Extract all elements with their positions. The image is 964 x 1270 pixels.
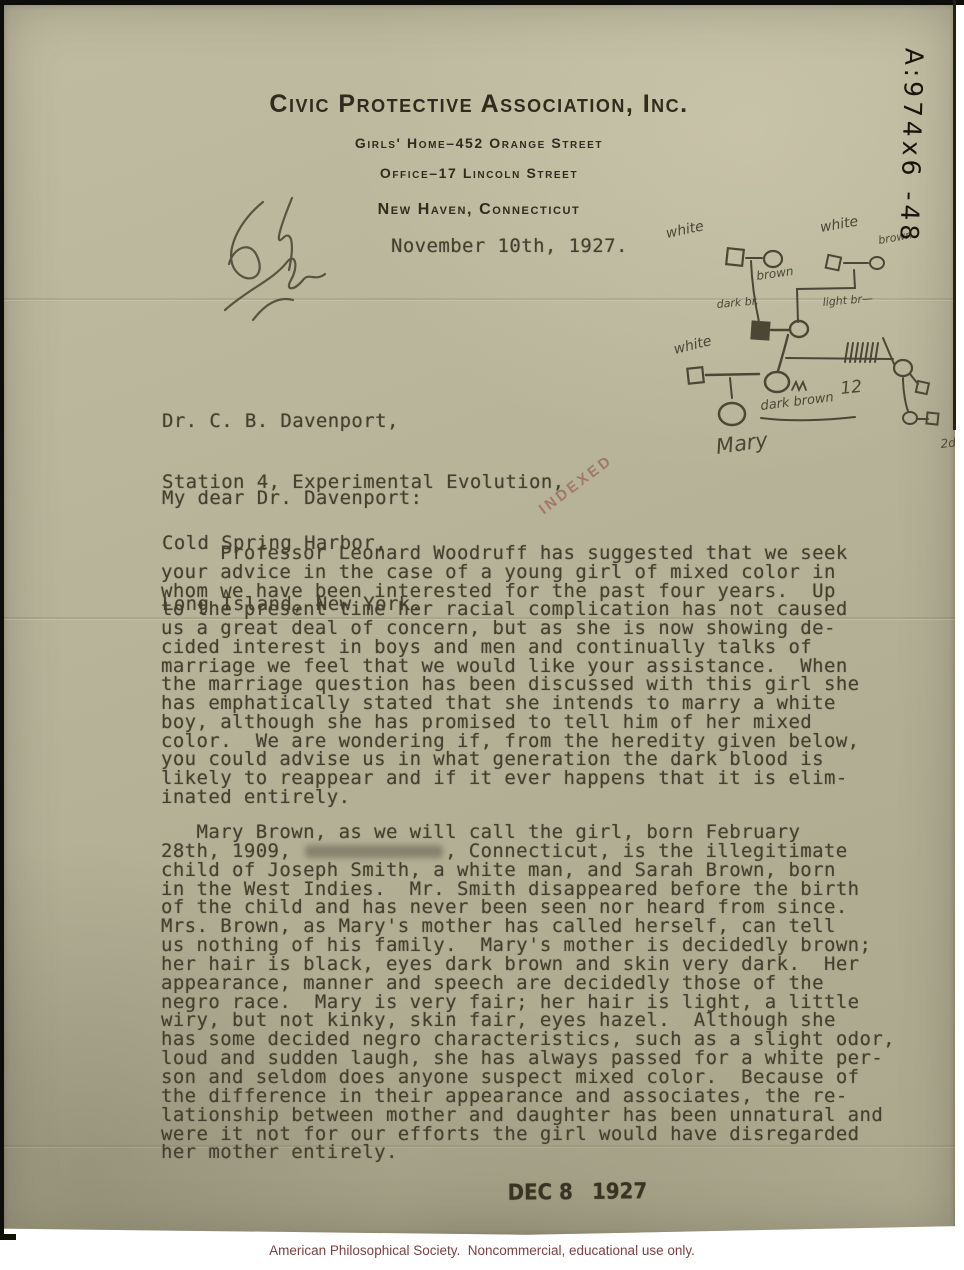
org-name: Civic Protective Association, Inc. xyxy=(3,90,955,119)
pedigree-square-white-grandfather xyxy=(726,248,744,266)
org-address-1: Girls' Home–452 Orange Street xyxy=(3,135,955,151)
archive-code: A:974x6 -48 xyxy=(894,48,928,245)
paragraph-1: Professor Leonard Woodruff has suggested… xyxy=(161,544,860,807)
pedigree-label: brown xyxy=(755,264,794,283)
scan-edge-right xyxy=(953,0,956,430)
typed-line: us a great deal of concern, but as she i… xyxy=(161,619,860,638)
typed-line-with-redaction: 28th, 1909, , Connecticut, is the illegi… xyxy=(161,842,895,861)
scan-edge-nick xyxy=(0,1234,16,1240)
typed-line: Professor Leonard Woodruff has suggested… xyxy=(161,544,860,563)
typed-line: cided interest in boys and men and conti… xyxy=(161,638,860,657)
scan-edge-top xyxy=(0,0,964,5)
pedigree-label: 2d xyxy=(940,435,957,451)
typed-line: her hair is black, eyes dark brown and s… xyxy=(161,955,895,974)
typed-line: lationship between mother and daughter h… xyxy=(161,1106,895,1125)
paragraph-2: Mary Brown, as we will call the girl, bo… xyxy=(161,823,895,1162)
typed-line: likely to reappear and if it ever happen… xyxy=(161,769,860,788)
pedigree-chart: white brown white brown dark br. light b… xyxy=(631,216,964,464)
received-stamp-day: DEC 8 xyxy=(507,1180,572,1206)
pedigree-label: 12 xyxy=(839,377,863,399)
pedigree-label: white xyxy=(819,214,860,236)
pedigree-label: dark brown xyxy=(760,390,835,414)
org-address-2: Office–17 Lincoln Street xyxy=(3,165,955,181)
pedigree-square-white-grandfather-2 xyxy=(826,255,841,270)
pedigree-square-father-filled xyxy=(751,321,769,339)
pedigree-circle-dark-brown xyxy=(765,372,789,392)
typed-line: inated entirely. xyxy=(161,788,860,807)
pedigree-label: white xyxy=(672,333,713,358)
pedigree-square-white-husband xyxy=(687,367,703,383)
pedigree-circle-grandmother xyxy=(764,251,782,267)
pedigree-label-mary: Mary xyxy=(714,428,769,459)
salutation: My dear Dr. Davenport: xyxy=(162,487,422,509)
date-line: November 10th, 1927. xyxy=(391,235,628,257)
recipient-line: Dr. C. B. Davenport, xyxy=(162,411,565,431)
pedigree-label: dark br. xyxy=(716,294,759,311)
typed-line: son and seldom does anyone suspect mixed… xyxy=(161,1068,895,1087)
letter-paper: Civic Protective Association, Inc. Girls… xyxy=(3,4,955,1236)
redacted-place-name xyxy=(305,845,443,858)
scanned-letter: Civic Protective Association, Inc. Girls… xyxy=(0,0,964,1270)
scan-edge-left xyxy=(0,0,4,1240)
received-stamp-year: 1927 xyxy=(592,1179,647,1205)
typed-line: your advice in the case of a young girl … xyxy=(161,563,860,582)
pedigree-circle-mother xyxy=(790,321,808,337)
typed-line: boy, although she has promised to tell h… xyxy=(161,713,860,732)
typed-line: appearance, manner and speech are decide… xyxy=(161,974,895,993)
typed-line: has emphatically stated that she intends… xyxy=(161,694,860,713)
received-date-stamp: DEC 81927 xyxy=(504,1179,651,1206)
pedigree-label: white xyxy=(665,218,706,242)
typed-line: the difference in their appearance and a… xyxy=(161,1087,895,1106)
pedigree-circle-mary xyxy=(719,403,745,425)
pedigree-label: light br— xyxy=(822,292,873,309)
file-note-scribble xyxy=(195,190,343,328)
typed-line: her mother entirely. xyxy=(161,1143,895,1162)
footer-caption: American Philosophical Society. Noncomme… xyxy=(0,1243,964,1258)
typed-line: child of Joseph Smith, a white man, and … xyxy=(161,861,895,880)
